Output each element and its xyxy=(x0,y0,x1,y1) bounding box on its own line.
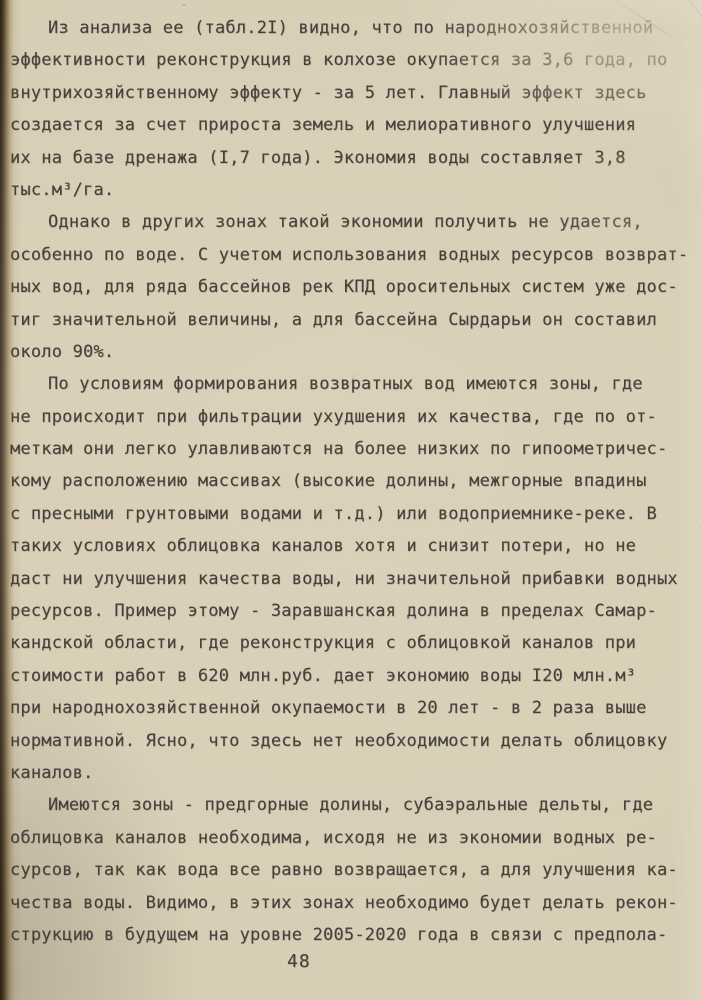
page-number: 48 xyxy=(287,951,311,972)
paragraph: Имеются зоны - предгорные долины, субаэр… xyxy=(10,789,692,951)
text-line: ресурсов. Пример этому - Заравшанская до… xyxy=(10,595,692,627)
text-line: тиг значительной величины, а для бассейн… xyxy=(10,304,692,336)
text-line: Имеются зоны - предгорные долины, субаэр… xyxy=(10,789,692,821)
text-line: По условиям формирования возвратных вод … xyxy=(10,368,692,400)
text-line: Из анализа ее (табл.2I) видно, что по на… xyxy=(10,12,692,44)
text-line: нормативной. Ясно, что здесь нет необход… xyxy=(10,725,692,757)
text-line: меткам они легко улавливаются на более н… xyxy=(10,433,692,465)
text-line: сурсов, так как вода все равно возвращае… xyxy=(10,854,692,886)
paper-crease-line xyxy=(693,515,702,576)
text-line: не происходит при фильтрации ухудшения и… xyxy=(10,401,692,433)
paragraph: Из анализа ее (табл.2I) видно, что по на… xyxy=(10,12,692,206)
text-line: создается за счет прироста земель и мели… xyxy=(10,109,692,141)
text-line: ных вод, для ряда бассейнов рек КПД орос… xyxy=(10,271,692,303)
text-line: таких условиях облицовка каналов хотя и … xyxy=(10,530,692,562)
text-line: их на базе дренажа (I,7 года). Экономия … xyxy=(10,142,692,174)
text-line: Однако в других зонах такой экономии пол… xyxy=(10,206,692,238)
text-line: облицовка каналов необходима, исходя не … xyxy=(10,822,692,854)
text-line: эффективности реконструкция в колхозе ок… xyxy=(10,44,692,76)
paper-speck xyxy=(182,4,186,6)
text-line: около 90%. xyxy=(10,336,692,368)
document-text: Из анализа ее (табл.2I) видно, что по на… xyxy=(10,12,692,951)
text-line: стоимости работ в 620 млн.руб. дает экон… xyxy=(10,660,692,692)
text-line: при народнохозяйственной окупаемости в 2… xyxy=(10,692,692,724)
text-line: каналов. xyxy=(10,757,692,789)
text-line: тыс.м³/га. xyxy=(10,174,692,206)
text-line: чества воды. Видимо, в этих зонах необхо… xyxy=(10,887,692,919)
text-line: даст ни улучшения качества воды, ни знач… xyxy=(10,563,692,595)
scanned-page: Из анализа ее (табл.2I) видно, что по на… xyxy=(0,0,702,1000)
text-line: внутрихозяйственному эффекту - за 5 лет.… xyxy=(10,77,692,109)
text-line: особенно по воде. С учетом использования… xyxy=(10,239,692,271)
text-line: с пресными грунтовыми водами и т.д.) или… xyxy=(10,498,692,530)
text-line: струкцию в будущем на уровне 2005-2020 г… xyxy=(10,919,692,951)
text-line: кому расположению массивах (высокие доли… xyxy=(10,465,692,497)
paragraph: Однако в других зонах такой экономии пол… xyxy=(10,206,692,368)
text-line: кандской области, где реконструкция с об… xyxy=(10,627,692,659)
paragraph: По условиям формирования возвратных вод … xyxy=(10,368,692,789)
